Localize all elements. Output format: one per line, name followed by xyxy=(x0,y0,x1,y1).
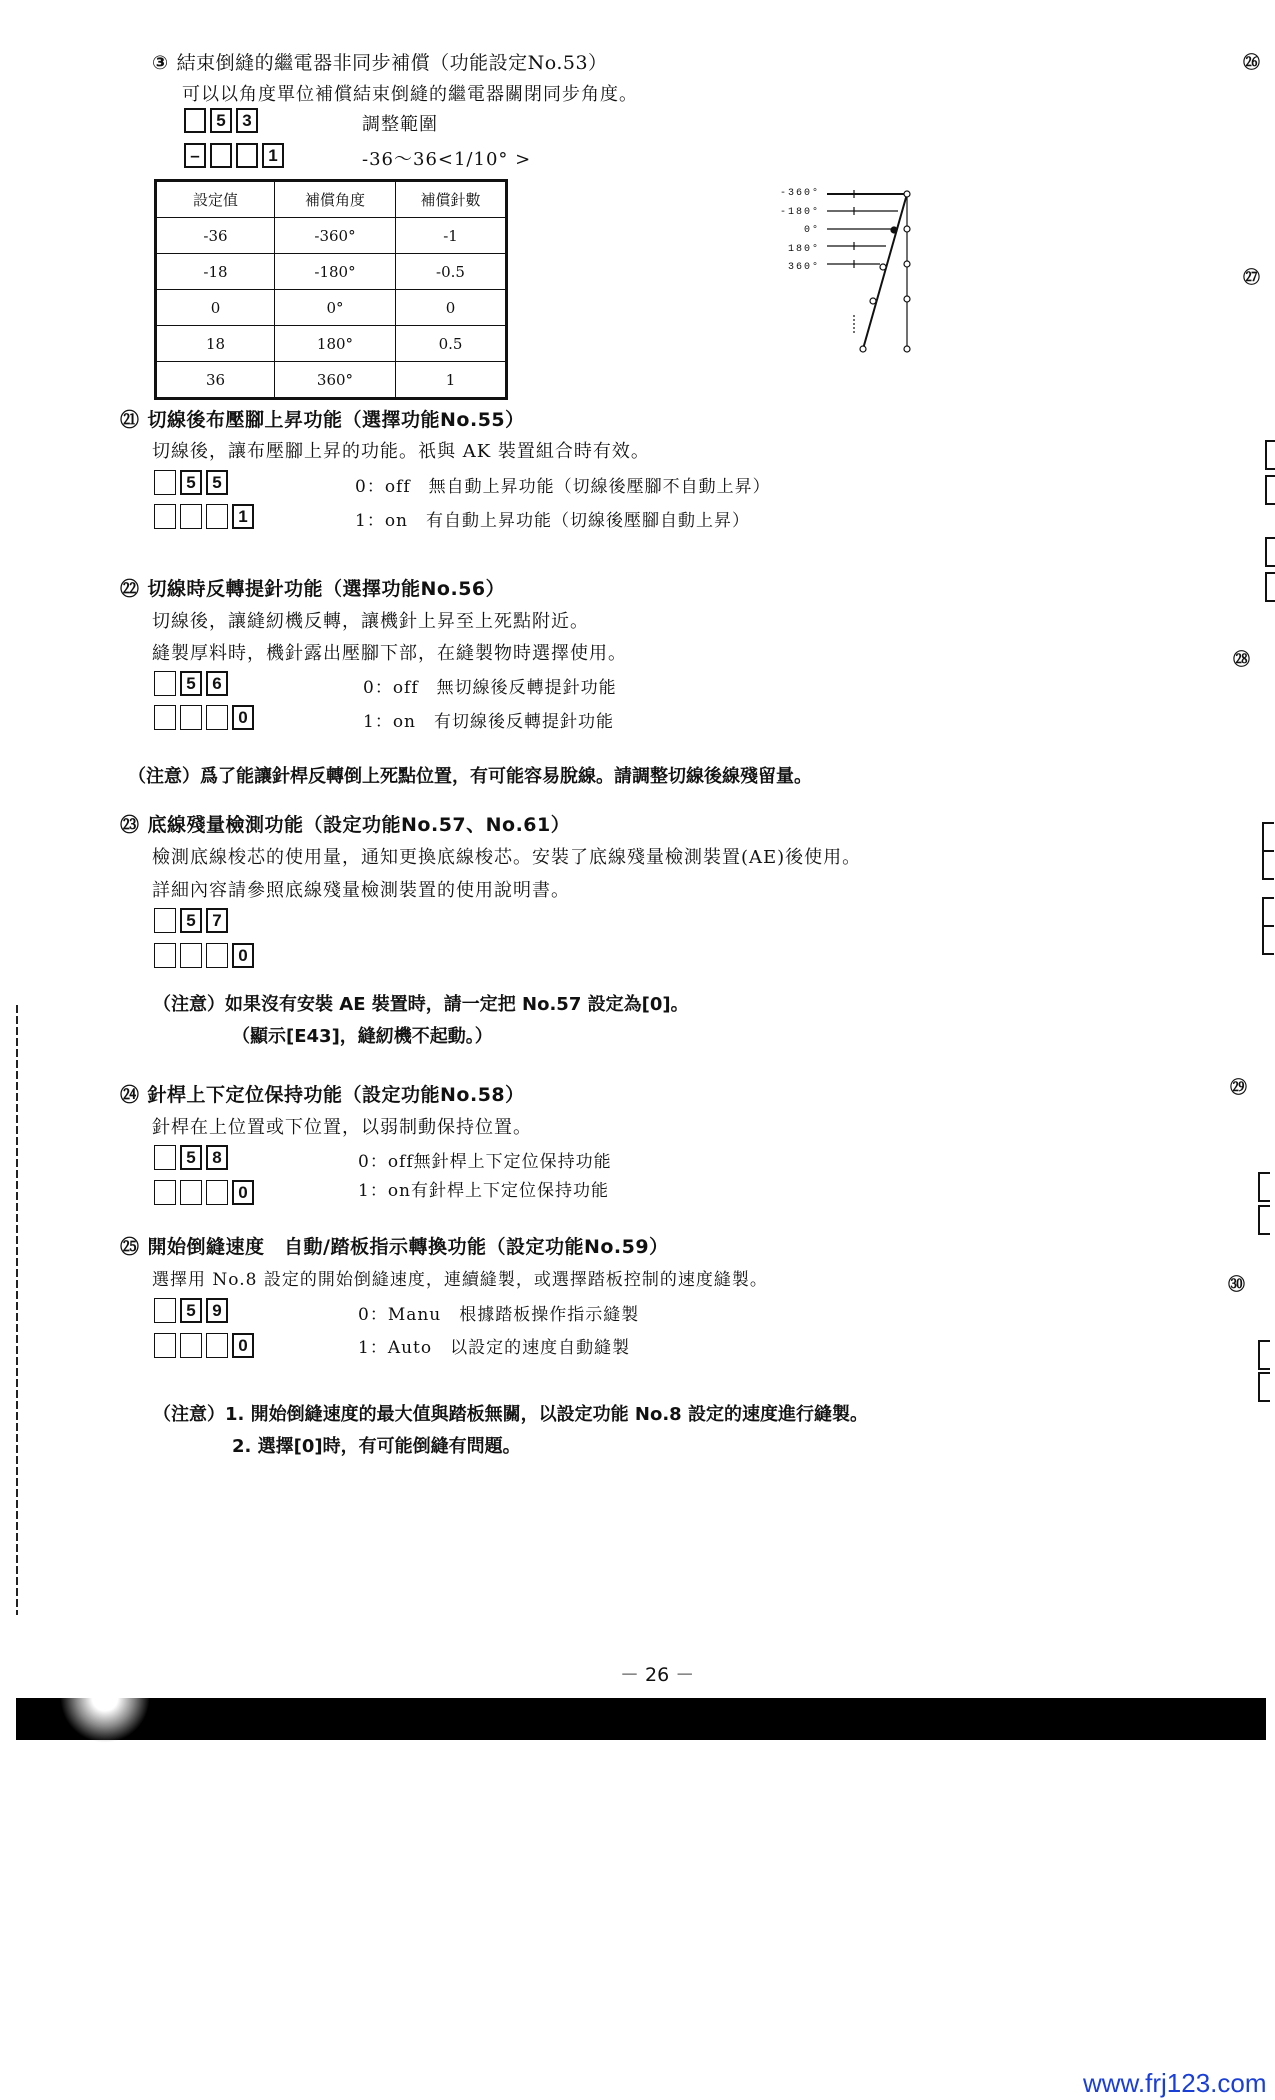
section-22-code-keys: 5 6 xyxy=(154,671,228,696)
table-cell: 0° xyxy=(275,290,396,326)
key-display: 5 xyxy=(180,1145,202,1170)
table-header: 補償針數 xyxy=(396,181,507,218)
section-24-code-keys: 5 8 xyxy=(154,1145,228,1170)
watermark-link[interactable]: www.frj123.com xyxy=(1083,2068,1267,2099)
section-21-title: 切線後布壓腳上昇功能（選擇功能No.55） xyxy=(148,409,525,431)
key-display: 7 xyxy=(206,908,228,933)
table-row: 0 0° 0 xyxy=(156,290,507,326)
key-display xyxy=(206,943,228,968)
key-display xyxy=(180,1333,202,1358)
table-header: 補償角度 xyxy=(275,181,396,218)
key-display xyxy=(236,143,258,168)
table-cell: 360° xyxy=(275,362,396,399)
key-display: 5 xyxy=(206,470,228,495)
range-value: -36～36<1/10° > xyxy=(362,145,531,171)
key-display xyxy=(154,1333,176,1358)
key-display: 5 xyxy=(210,108,232,133)
section-23-title: 底線殘量檢測功能（設定功能No.57、No.61） xyxy=(148,814,571,836)
key-display: 5 xyxy=(180,1298,202,1323)
section-22-note: （注意）爲了能讓針桿反轉倒上死點位置，有可能容易脫線。請調整切線後線殘留量。 xyxy=(128,762,812,788)
table-cell: 180° xyxy=(275,326,396,362)
table-row: -36 -360° -1 xyxy=(156,218,507,254)
cut-off-key-box xyxy=(1258,1172,1270,1202)
key-display xyxy=(180,705,202,730)
range-label: 調整範圍 xyxy=(362,110,438,136)
cut-off-key-box xyxy=(1265,440,1275,470)
section-24-value-keys: 0 xyxy=(154,1180,254,1205)
key-display: 0 xyxy=(232,705,254,730)
compensation-table: 設定值 補償角度 補償針數 -36 -360° -1 -18 -180° -0.… xyxy=(154,179,508,400)
key-display xyxy=(206,705,228,730)
key-display: 0 xyxy=(232,1180,254,1205)
section-23-value-keys: 0 xyxy=(154,943,254,968)
right-margin-marker-30: ㉚ xyxy=(1228,1270,1245,1295)
section-25-note-2: 2. 選擇[0]時，有可能倒縫有問題。 xyxy=(232,1432,521,1458)
section-25-value-keys: 0 xyxy=(154,1333,254,1358)
key-display: 8 xyxy=(206,1145,228,1170)
section-22-value-keys: 0 xyxy=(154,705,254,730)
section-24-option-on: 1：on有針桿上下定位保持功能 xyxy=(358,1176,609,1201)
section-25-code-keys: 5 9 xyxy=(154,1298,228,1323)
scan-edge-mark xyxy=(16,1005,18,1615)
section-3-value-keys: – 1 xyxy=(184,143,284,168)
section-23-description-1: 檢測底線梭芯的使用量，通知更換底線梭芯。安裝了底線殘量檢測裝置(AE)後使用。 xyxy=(152,843,861,869)
key-display: – xyxy=(184,143,206,168)
section-25-heading: ㉕開始倒縫速度 自動/踏板指示轉換功能（設定功能No.59） xyxy=(120,1232,669,1259)
section-25-marker: ㉕ xyxy=(120,1232,140,1259)
section-22-title: 切線時反轉提針功能（選擇功能No.56） xyxy=(148,578,506,600)
section-3-heading: ③結束倒縫的繼電器非同步補償（功能設定No.53） xyxy=(152,48,608,75)
key-display xyxy=(210,143,232,168)
key-display xyxy=(206,1180,228,1205)
section-22-marker: ㉒ xyxy=(120,574,140,601)
section-21-option-off: 0：off 無自動上昇功能（切線後壓腳不自動上昇） xyxy=(355,472,771,497)
key-display xyxy=(154,1180,176,1205)
key-display xyxy=(206,504,228,529)
section-3-code-keys: 5 3 xyxy=(184,108,258,133)
scan-artifact xyxy=(60,1698,150,1743)
section-21-value-keys: 1 xyxy=(154,504,254,529)
section-21-marker: ㉑ xyxy=(120,405,140,432)
table-cell: 0.5 xyxy=(396,326,507,362)
key-display xyxy=(154,671,176,696)
needle-path-diagram-icon xyxy=(770,185,930,355)
scan-footer-bar xyxy=(16,1698,1266,1740)
section-22-heading: ㉒切線時反轉提針功能（選擇功能No.56） xyxy=(120,574,505,601)
table-cell: 18 xyxy=(156,326,275,362)
cut-off-key-box xyxy=(1258,1340,1270,1370)
key-display: 5 xyxy=(180,470,202,495)
table-cell: 1 xyxy=(396,362,507,399)
section-22-option-off: 0：off 無切線後反轉提針功能 xyxy=(363,673,617,698)
key-display xyxy=(184,108,206,133)
cut-off-key-box xyxy=(1262,822,1274,852)
section-25-note-1: （注意）1. 開始倒縫速度的最大值與踏板無關，以設定功能 No.8 設定的速度進… xyxy=(153,1400,868,1426)
section-25-description: 選擇用 No.8 設定的開始倒縫速度，連續縫製，或選擇踏板控制的速度縫製。 xyxy=(152,1265,768,1290)
section-22-description-2: 縫製厚料時，機針露出壓腳下部，在縫製物時選擇使用。 xyxy=(152,639,627,665)
key-display: 5 xyxy=(180,671,202,696)
section-25-title: 開始倒縫速度 自動/踏板指示轉換功能（設定功能No.59） xyxy=(148,1236,669,1258)
section-24-option-off: 0：off無針桿上下定位保持功能 xyxy=(358,1147,612,1172)
key-display xyxy=(154,1145,176,1170)
key-display xyxy=(206,1333,228,1358)
section-23-marker: ㉓ xyxy=(120,810,140,837)
section-3-marker: ③ xyxy=(152,52,169,74)
cut-off-key-box xyxy=(1262,850,1274,880)
key-display: 3 xyxy=(236,108,258,133)
section-21-heading: ㉑切線後布壓腳上昇功能（選擇功能No.55） xyxy=(120,405,525,432)
cut-off-key-box xyxy=(1265,537,1275,567)
section-25-option-manu: 0：Manu 根據踏板操作指示縫製 xyxy=(358,1300,639,1325)
section-3-description: 可以以角度單位補償結束倒縫的繼電器關閉同步角度。 xyxy=(182,80,638,106)
cut-off-key-box xyxy=(1262,925,1274,955)
section-24-title: 針桿上下定位保持功能（設定功能No.58） xyxy=(148,1084,525,1106)
table-header: 設定值 xyxy=(156,181,275,218)
section-21-code-keys: 5 5 xyxy=(154,470,228,495)
section-23-note-1: （注意）如果沒有安裝 AE 裝置時，請一定把 No.57 設定為[0]。 xyxy=(153,990,689,1016)
right-margin-marker-29: ㉙ xyxy=(1230,1073,1247,1098)
section-24-heading: ㉔針桿上下定位保持功能（設定功能No.58） xyxy=(120,1080,525,1107)
key-display xyxy=(180,943,202,968)
key-display xyxy=(154,1298,176,1323)
key-display: 0 xyxy=(232,943,254,968)
table-cell: -0.5 xyxy=(396,254,507,290)
page-number: － 26 － xyxy=(620,1660,694,1687)
key-display: 0 xyxy=(232,1333,254,1358)
table-cell: 36 xyxy=(156,362,275,399)
table-row: -18 -180° -0.5 xyxy=(156,254,507,290)
table-row: 36 360° 1 xyxy=(156,362,507,399)
section-24-marker: ㉔ xyxy=(120,1080,140,1107)
key-display xyxy=(154,705,176,730)
section-24-description: 針桿在上位置或下位置，以弱制動保持位置。 xyxy=(152,1113,532,1139)
table-cell: 0 xyxy=(156,290,275,326)
key-display xyxy=(154,470,176,495)
section-21-description: 切線後，讓布壓腳上昇的功能。祇與 AK 裝置組合時有效。 xyxy=(152,437,650,463)
key-display xyxy=(154,504,176,529)
key-display xyxy=(154,908,176,933)
table-cell: -36 xyxy=(156,218,275,254)
cut-off-key-box xyxy=(1265,572,1275,602)
section-25-option-auto: 1：Auto 以設定的速度自動縫製 xyxy=(358,1333,630,1358)
table-header-row: 設定值 補償角度 補償針數 xyxy=(156,181,507,218)
table-cell: -1 xyxy=(396,218,507,254)
table-cell: -360° xyxy=(275,218,396,254)
cut-off-key-box xyxy=(1262,897,1274,927)
cut-off-key-box xyxy=(1265,475,1275,505)
key-display: 1 xyxy=(262,143,284,168)
section-3-title: 結束倒縫的繼電器非同步補償（功能設定No.53） xyxy=(177,52,608,74)
table-cell: 0 xyxy=(396,290,507,326)
key-display: 6 xyxy=(206,671,228,696)
right-margin-marker-26: ㉖ xyxy=(1243,48,1260,73)
right-margin-marker-27: ㉗ xyxy=(1243,263,1260,288)
section-23-note-2: （顯示[E43]，縫紉機不起動。） xyxy=(232,1022,493,1048)
angle-diagram: -360° -180° 0° 180° 360° xyxy=(770,185,930,355)
section-22-description-1: 切線後，讓縫紉機反轉，讓機針上昇至上死點附近。 xyxy=(152,607,589,633)
key-display: 1 xyxy=(232,504,254,529)
key-display: 9 xyxy=(206,1298,228,1323)
cut-off-key-box xyxy=(1258,1372,1270,1402)
right-margin-marker-28: ㉘ xyxy=(1233,645,1250,670)
table-row: 18 180° 0.5 xyxy=(156,326,507,362)
table-cell: -180° xyxy=(275,254,396,290)
section-22-option-on: 1：on 有切線後反轉提針功能 xyxy=(363,707,614,732)
section-23-description-2: 詳細內容請參照底線殘量檢測裝置的使用說明書。 xyxy=(152,876,570,902)
section-23-heading: ㉓底線殘量檢測功能（設定功能No.57、No.61） xyxy=(120,810,570,837)
table-cell: -18 xyxy=(156,254,275,290)
section-23-code-keys: 5 7 xyxy=(154,908,228,933)
cut-off-key-box xyxy=(1258,1205,1270,1235)
key-display xyxy=(180,504,202,529)
key-display xyxy=(180,1180,202,1205)
section-21-option-on: 1：on 有自動上昇功能（切線後壓腳自動上昇） xyxy=(355,506,750,531)
key-display: 5 xyxy=(180,908,202,933)
key-display xyxy=(154,943,176,968)
